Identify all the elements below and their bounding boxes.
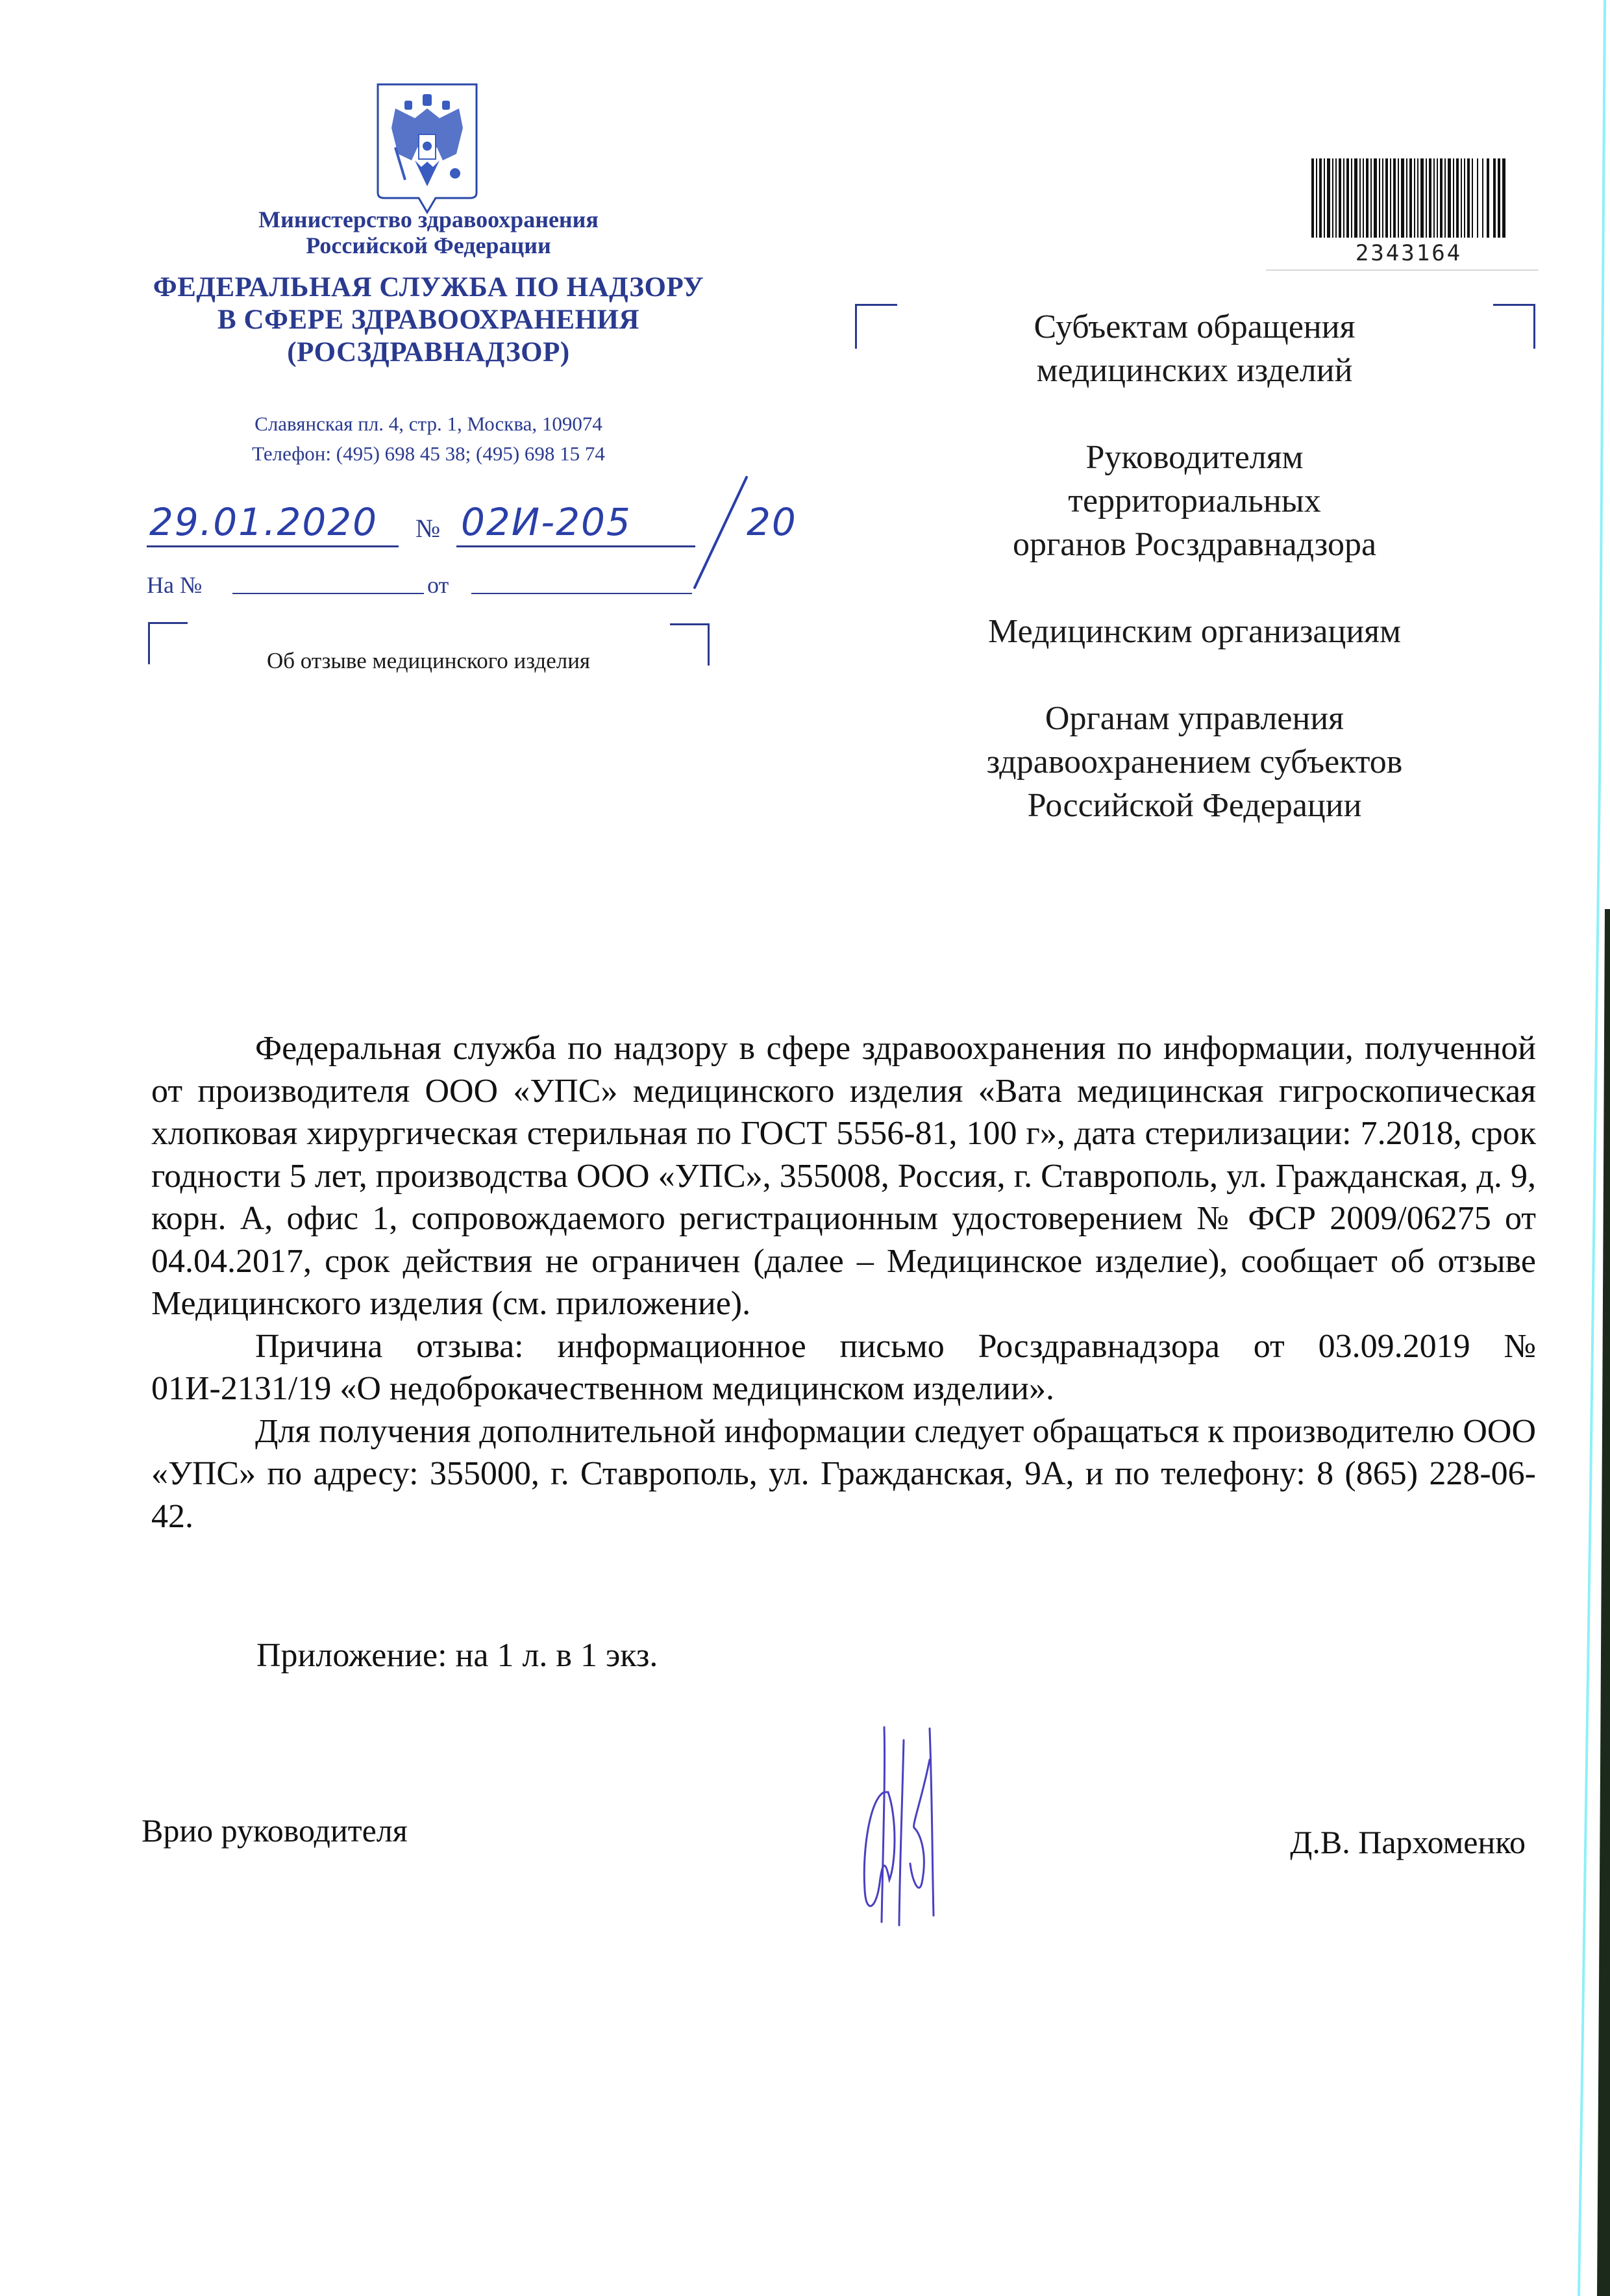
addressee-block: Органам управления здравоохранением субъ…	[889, 697, 1500, 827]
service-line-2: В СФЕРЕ ЗДРАВООХРАНЕНИЯ	[123, 304, 734, 336]
coat-of-arms-icon	[376, 82, 478, 216]
address-line: Славянская пл. 4, стр. 1, Москва, 109074	[188, 409, 669, 439]
addressee-block: Субъектам обращения медицинских изделий	[889, 305, 1500, 392]
scan-edge-shadow	[1584, 909, 1610, 2296]
number-label: №	[415, 513, 440, 543]
addressee-line: здравоохранением субъектов	[889, 740, 1500, 784]
signatory-name: Д.В. Пархоменко	[1237, 1823, 1526, 1861]
addressee-line: Российской Федерации	[889, 784, 1500, 827]
signatory-title: Врио руководителя	[142, 1812, 408, 1849]
letter-body: Федеральная служба по надзору в сфере зд…	[151, 1027, 1536, 1538]
body-paragraph: Федеральная служба по надзору в сфере зд…	[151, 1027, 1536, 1325]
handwritten-slash-icon	[682, 474, 753, 591]
addressee-block: Медицинским организациям	[889, 610, 1500, 653]
addressee-line: территориальных	[889, 479, 1500, 523]
date-underline	[147, 545, 399, 547]
addressee-line: медицинских изделий	[889, 349, 1500, 392]
reference-date-label: от	[427, 571, 449, 599]
outgoing-date: 29.01.2020	[149, 500, 378, 544]
body-paragraph: Причина отзыва: информационное письмо Ро…	[151, 1325, 1536, 1410]
outgoing-number-suffix: 20	[747, 500, 797, 544]
number-underline	[456, 545, 695, 547]
reference-number-label: На №	[147, 571, 202, 599]
ministry-line-2: Российской Федерации	[208, 232, 649, 258]
service-name: ФЕДЕРАЛЬНАЯ СЛУЖБА ПО НАДЗОРУ В СФЕРЕ ЗД…	[123, 271, 734, 369]
reference-number-field	[232, 593, 424, 594]
addressee-line: Органам управления	[889, 697, 1500, 740]
handwritten-signature-icon	[857, 1721, 961, 1941]
addressee-line: Руководителям	[889, 436, 1500, 479]
barcode-number: 2343164	[1311, 240, 1506, 266]
ministry-name: Министерство здравоохранения Российской …	[208, 206, 649, 258]
barcode-icon	[1311, 158, 1506, 238]
addressee-list: Субъектам обращения медицинских изделий …	[889, 305, 1500, 871]
service-line-3: (РОСЗДРАВНАДЗОР)	[123, 336, 734, 369]
ministry-line-1: Министерство здравоохранения	[208, 206, 649, 232]
reference-date-field	[471, 593, 692, 594]
addressee-line: органов Росздравнадзора	[889, 523, 1500, 566]
service-line-1: ФЕДЕРАЛЬНАЯ СЛУЖБА ПО НАДЗОРУ	[123, 271, 734, 304]
barcode-divider	[1266, 269, 1539, 271]
service-address: Славянская пл. 4, стр. 1, Москва, 109074…	[188, 409, 669, 469]
letter-subject: Об отзыве медицинского изделия	[156, 648, 701, 674]
addressee-block: Руководителям территориальных органов Ро…	[889, 436, 1500, 566]
addressee-line: Субъектам обращения	[889, 305, 1500, 349]
phone-line: Телефон: (495) 698 45 38; (495) 698 15 7…	[188, 439, 669, 469]
outgoing-number: 02И-205	[461, 500, 632, 544]
attachment-note: Приложение: на 1 л. в 1 экз.	[256, 1636, 658, 1675]
body-paragraph: Для получения дополнительной информации …	[151, 1410, 1536, 1538]
addressee-line: Медицинским организациям	[889, 610, 1500, 653]
